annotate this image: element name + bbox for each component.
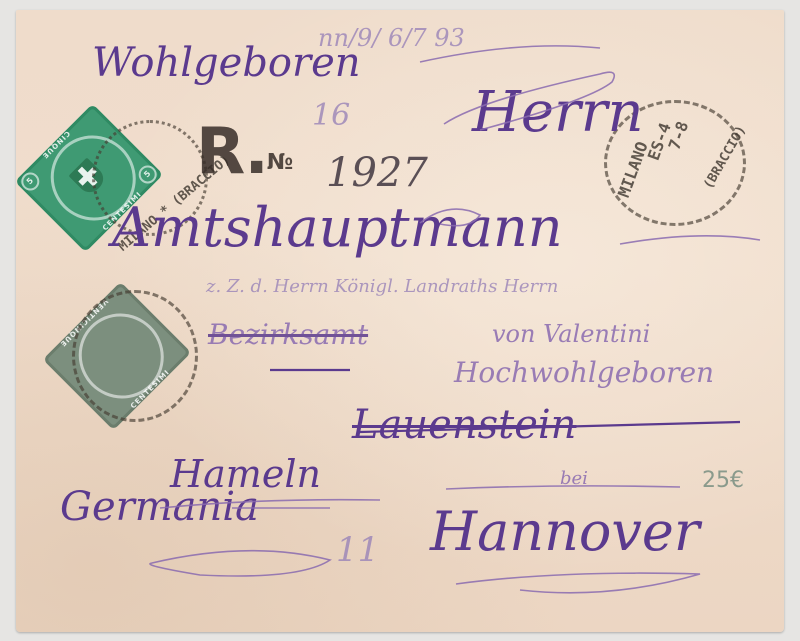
registration-letter: R. <box>196 115 267 189</box>
address-small-line: z. Z. d. Herrn Königl. Landraths Herrn <box>206 276 558 297</box>
stamp-cancel-postmark <box>72 290 198 422</box>
registration-number-label: № <box>267 150 293 175</box>
address-struck-city: Lauenstein <box>352 402 576 448</box>
pencil-price: 25€ <box>702 468 744 493</box>
address-country: Germania <box>60 484 259 530</box>
address-title: Herrn <box>472 80 644 145</box>
address-bei: bei <box>560 468 588 489</box>
address-struck-word: Bezirksamt <box>208 318 368 351</box>
registration-stamp: R.№ <box>196 122 293 182</box>
bottom-notation: 11 <box>336 530 379 570</box>
registration-number: 1927 <box>326 150 428 196</box>
address-salutation: Wohlgeboren <box>92 40 361 86</box>
address-von: von Valentini <box>492 320 650 348</box>
address-city: Hannover <box>430 500 700 563</box>
tick-notation: 16 <box>312 98 350 133</box>
address-rank: Amtshauptmann <box>112 196 563 259</box>
address-honorific: Hochwohlgeboren <box>454 356 714 389</box>
